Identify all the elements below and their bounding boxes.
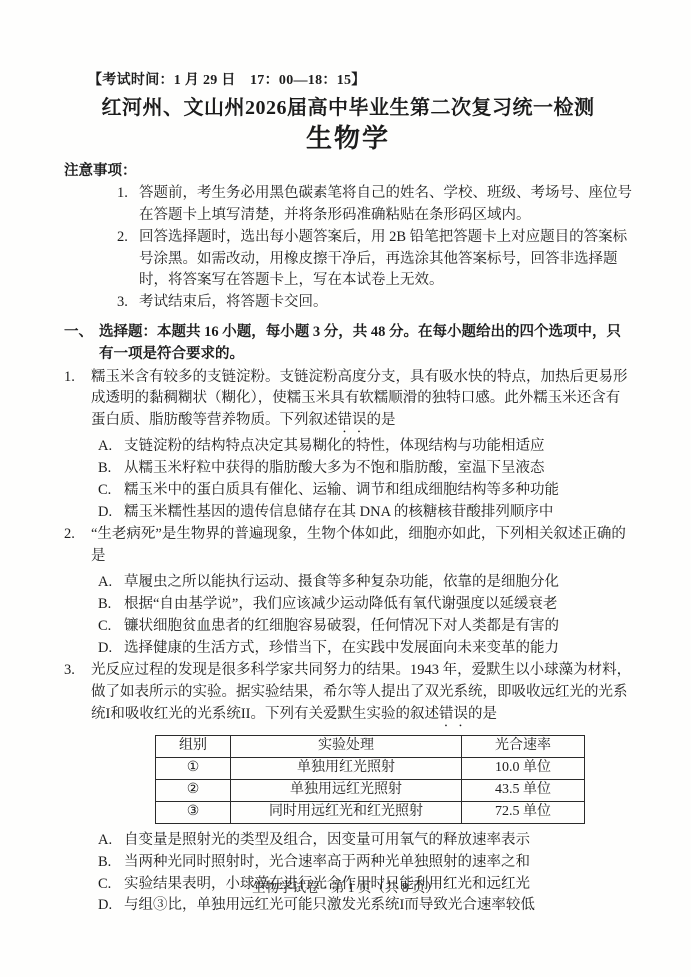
option-c: C. 糯玉米中的蛋白质具有催化、运输、调节和组成细胞结构等多种功能 <box>64 480 632 502</box>
notice-item-number: 2. <box>117 227 139 292</box>
notice-item-1: 1. 答题前，考生务必用黑色碳素笔将自己的姓名、学校、班级、考场号、座位号在答题… <box>64 183 632 227</box>
option-text: 根据“自由基学说”，我们应该减少运动降低有氧代谢强度以延缓衰老 <box>124 594 632 616</box>
stem-text-emphasized: 错误 <box>439 706 468 722</box>
question-stem-text: 糯玉米含有较多的支链淀粉。支链淀粉高度分支，具有吸水快的特点，加热后更易形成透明… <box>91 367 632 437</box>
option-b: B. 根据“自由基学说”，我们应该减少运动降低有氧代谢强度以延缓衰老 <box>64 594 632 616</box>
option-text: 选择健康的生活方式，珍惜当下，在实践中发展面向未来变革的能力 <box>124 638 632 660</box>
option-label: B. <box>98 852 124 874</box>
notice-item-text: 答题前，考生务必用黑色碳素笔将自己的姓名、学校、班级、考场号、座位号在答题卡上填… <box>139 183 632 227</box>
option-c: C. 镰状细胞贫血患者的红细胞容易破裂，任何情况下对人类都是有害的 <box>64 616 632 638</box>
stem-text-pre: 光反应过程的发现是很多科学家共同努力的结果。1943 年，爱默生以小球藻为材料，… <box>91 662 631 722</box>
table-cell-rate: 43.5 单位 <box>462 779 585 801</box>
section-text: 选择题：本题共 16 小题，每小题 3 分，共 48 分。在每小题给出的四个选项… <box>99 322 632 366</box>
table-header-rate: 光合速率 <box>462 735 585 757</box>
option-a: A. 草履虫之所以能执行运动、摄食等多种复杂功能，依靠的是细胞分化 <box>64 572 632 594</box>
notice-item-2: 2. 回答选择题时，选出每小题答案后，用 2B 铅笔把答题卡上对应题目的答案标号… <box>64 227 632 292</box>
exam-title: 红河州、文山州2026届高中毕业生第二次复习统一检测 <box>64 98 632 120</box>
question-2: 2. “生老病死”是生物界的普遍现象，生物个体如此，细胞亦如此，下列相关叙述正确… <box>64 524 632 659</box>
table-row: ③ 同时用远红光和红光照射 72.5 单位 <box>156 801 585 823</box>
notice-item-3: 3. 考试结束后，将答题卡交回。 <box>64 292 632 314</box>
question-number: 1. <box>64 367 91 437</box>
table-cell-rate: 72.5 单位 <box>462 801 585 823</box>
section-number: 一、 <box>64 322 99 366</box>
option-d: D. 与组③比，单独用远红光可能只激发光系统I而导致光合速率较低 <box>64 895 632 917</box>
option-text: 从糯玉米籽粒中获得的脂肪酸大多为不饱和脂肪酸，室温下呈液态 <box>124 458 632 480</box>
option-text: 镰状细胞贫血患者的红细胞容易破裂，任何情况下对人类都是有害的 <box>124 616 632 638</box>
question-number: 3. <box>64 660 91 730</box>
exam-time: 【考试时间：1 月 29 日 17：00—18：15】 <box>64 70 632 92</box>
notice-item-number: 1. <box>117 183 139 227</box>
section-heading-choice: 一、 选择题：本题共 16 小题，每小题 3 分，共 48 分。在每小题给出的四… <box>64 322 632 366</box>
stem-text-post: 的是 <box>367 412 396 428</box>
notice-section: 注意事项： 1. 答题前，考生务必用黑色碳素笔将自己的姓名、学校、班级、考场号、… <box>64 161 632 314</box>
option-a: A. 支链淀粉的结构特点决定其易糊化的特性，体现结构与功能相适应 <box>64 436 632 458</box>
option-a: A. 自变量是照射光的类型及组合，因变量可用氧气的释放速率表示 <box>64 830 632 852</box>
option-b: B. 当两种光同时照射时，光合速率高于两种光单独照射的速率之和 <box>64 852 632 874</box>
question-stem: 2. “生老病死”是生物界的普遍现象，生物个体如此，细胞亦如此，下列相关叙述正确… <box>64 524 632 572</box>
stem-text-pre: “生老病死”是生物界的普遍现象，生物个体如此，细胞亦如此，下列相关叙述正确的是 <box>91 526 626 564</box>
option-d: D. 选择健康的生活方式，珍惜当下，在实践中发展面向未来变革的能力 <box>64 638 632 660</box>
option-label: C. <box>98 480 124 502</box>
option-label: D. <box>98 895 124 917</box>
notice-item-text: 考试结束后，将答题卡交回。 <box>139 292 632 314</box>
stem-text-post: 的是 <box>468 706 497 722</box>
option-text: 糯玉米中的蛋白质具有催化、运输、调节和组成细胞结构等多种功能 <box>124 480 632 502</box>
option-text: 糯玉米糯性基因的遗传信息储存在其 DNA 的核糖核苷酸排列顺序中 <box>124 502 632 524</box>
question-stem: 1. 糯玉米含有较多的支链淀粉。支链淀粉高度分支，具有吸水快的特点，加热后更易形… <box>64 367 632 437</box>
notice-item-number: 3. <box>117 292 139 314</box>
option-text: 自变量是照射光的类型及组合，因变量可用氧气的释放速率表示 <box>124 830 632 852</box>
option-text: 与组③比，单独用远红光可能只激发光系统I而导致光合速率较低 <box>124 895 632 917</box>
question-stem-text: “生老病死”是生物界的普遍现象，生物个体如此，细胞亦如此，下列相关叙述正确的是 <box>91 524 632 572</box>
table-header-group: 组别 <box>156 735 231 757</box>
page-footer: 生物学试卷 · 第 1 页（共 8 页） <box>0 876 691 896</box>
table-row: ② 单独用远红光照射 43.5 单位 <box>156 779 585 801</box>
table-cell-group: ③ <box>156 801 231 823</box>
table-header-treatment: 实验处理 <box>231 735 462 757</box>
option-text: 草履虫之所以能执行运动、摄食等多种复杂功能，依靠的是细胞分化 <box>124 572 632 594</box>
option-label: A. <box>98 572 124 594</box>
notice-heading: 注意事项： <box>64 161 632 183</box>
option-label: D. <box>98 502 124 524</box>
notice-item-text: 回答选择题时，选出每小题答案后，用 2B 铅笔把答题卡上对应题目的答案标号涂黑。… <box>139 227 632 292</box>
table-cell-group: ① <box>156 757 231 779</box>
option-label: D. <box>98 638 124 660</box>
table-cell-group: ② <box>156 779 231 801</box>
table-header-row: 组别 实验处理 光合速率 <box>156 735 585 757</box>
option-text: 当两种光同时照射时，光合速率高于两种光单独照射的速率之和 <box>124 852 632 874</box>
stem-text-emphasized: 错误 <box>338 412 367 428</box>
table-cell-treatment: 单独用远红光照射 <box>231 779 462 801</box>
table-row: ① 单独用红光照射 10.0 单位 <box>156 757 585 779</box>
question-stem-text: 光反应过程的发现是很多科学家共同努力的结果。1943 年，爱默生以小球藻为材料，… <box>91 660 632 730</box>
option-d: D. 糯玉米糯性基因的遗传信息储存在其 DNA 的核糖核苷酸排列顺序中 <box>64 502 632 524</box>
question-number: 2. <box>64 524 91 572</box>
subject-title: 生物学 <box>64 128 632 150</box>
option-label: C. <box>98 616 124 638</box>
table-cell-treatment: 同时用远红光和红光照射 <box>231 801 462 823</box>
experiment-table: 组别 实验处理 光合速率 ① 单独用红光照射 10.0 单位 ② 单独用远红光照… <box>155 735 585 824</box>
exam-paper-page: 【考试时间：1 月 29 日 17：00—18：15】 红河州、文山州2026届… <box>0 0 691 977</box>
page-content: 【考试时间：1 月 29 日 17：00—18：15】 红河州、文山州2026届… <box>64 70 632 917</box>
option-label: B. <box>98 594 124 616</box>
option-label: A. <box>98 830 124 852</box>
table-cell-treatment: 单独用红光照射 <box>231 757 462 779</box>
question-stem: 3. 光反应过程的发现是很多科学家共同努力的结果。1943 年，爱默生以小球藻为… <box>64 660 632 730</box>
option-label: A. <box>98 436 124 458</box>
option-text: 支链淀粉的结构特点决定其易糊化的特性，体现结构与功能相适应 <box>124 436 632 458</box>
option-label: B. <box>98 458 124 480</box>
option-b: B. 从糯玉米籽粒中获得的脂肪酸大多为不饱和脂肪酸，室温下呈液态 <box>64 458 632 480</box>
question-1: 1. 糯玉米含有较多的支链淀粉。支链淀粉高度分支，具有吸水快的特点，加热后更易形… <box>64 367 632 524</box>
table-cell-rate: 10.0 单位 <box>462 757 585 779</box>
